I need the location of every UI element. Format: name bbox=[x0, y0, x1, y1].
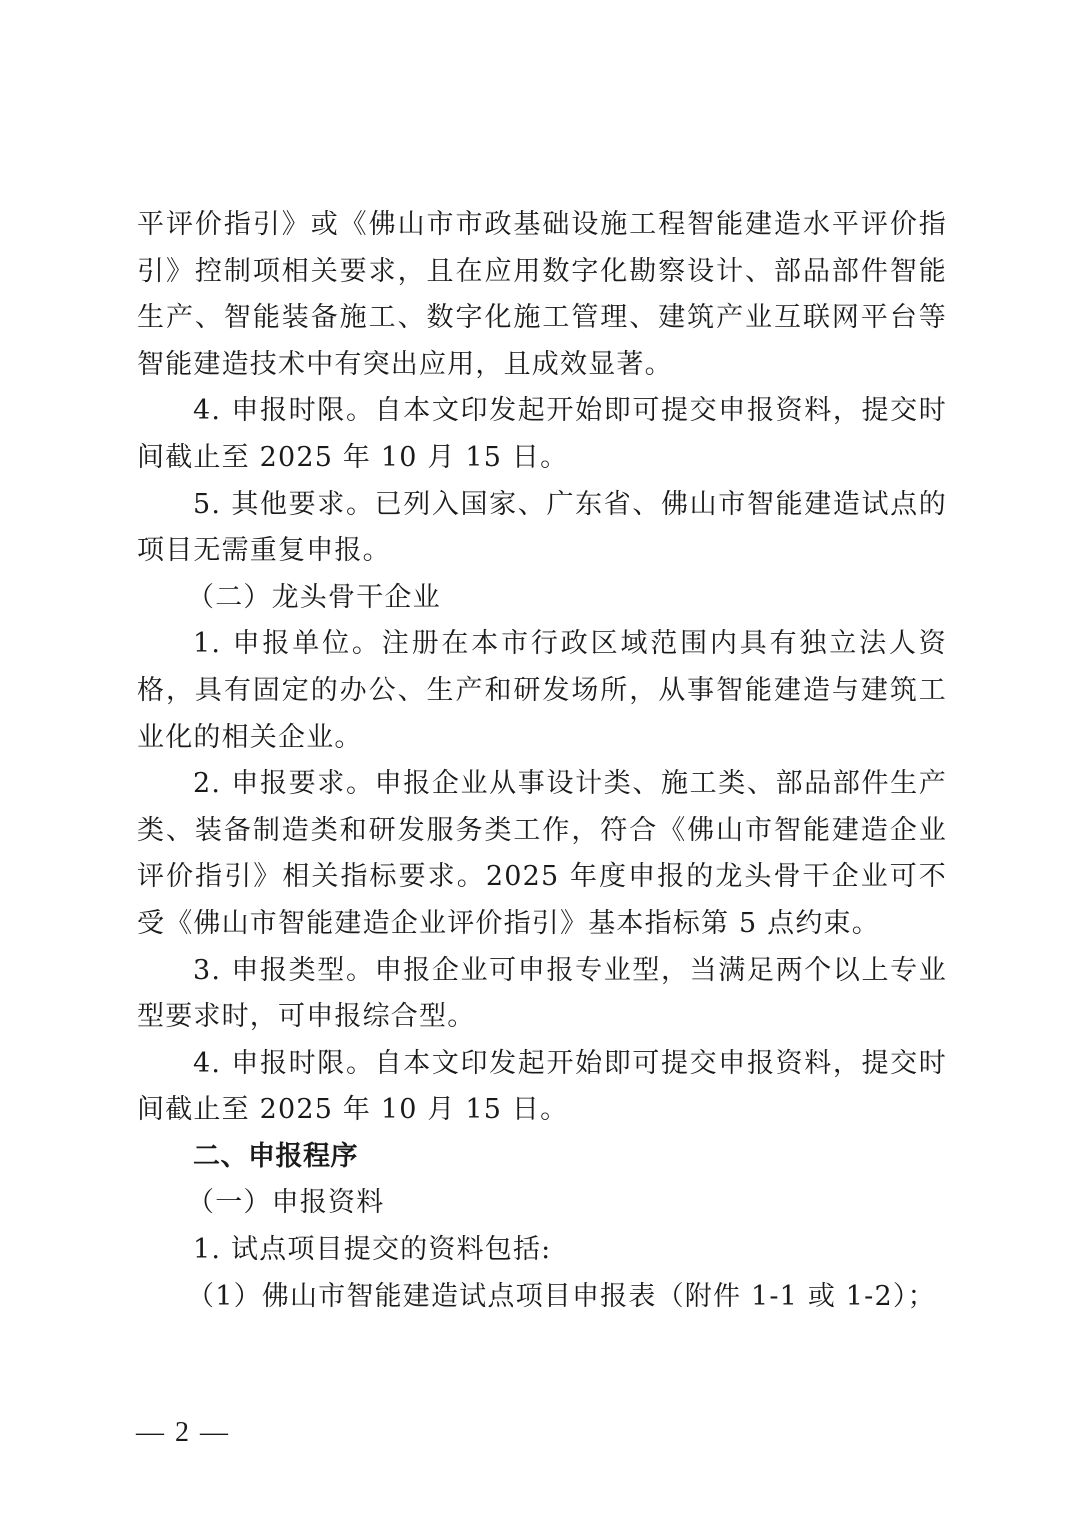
subheading-leading-enterprises: （二）龙头骨干企业 bbox=[137, 575, 947, 622]
subheading-materials: （一）申报资料 bbox=[137, 1180, 947, 1227]
paragraph-item-requirements: 2. 申报要求。申报企业从事设计类、施工类、部品部件生产类、装备制造类和研发服务… bbox=[137, 761, 947, 947]
paragraph-item-application-form: （1）佛山市智能建造试点项目申报表（附件 1-1 或 1-2）； bbox=[137, 1274, 947, 1321]
paragraph-item-other-requirements: 5. 其他要求。已列入国家、广东省、佛山市智能建造试点的项目无需重复申报。 bbox=[137, 482, 947, 575]
document-page: 平评价指引》或《佛山市市政基础设施工程智能建造水平评价指引》控制项相关要求，且在… bbox=[137, 202, 947, 1320]
paragraph-item-deadline: 4. 申报时限。自本文印发起开始即可提交申报资料，提交时间截止至 2025 年 … bbox=[137, 388, 947, 481]
paragraph-item-type: 3. 申报类型。申报企业可申报专业型，当满足两个以上专业型要求时，可申报综合型。 bbox=[137, 948, 947, 1041]
page-number: — 2 — bbox=[136, 1417, 230, 1449]
paragraph-item-applicant: 1. 申报单位。注册在本市行政区域范围内具有独立法人资格，具有固定的办公、生产和… bbox=[137, 621, 947, 761]
paragraph-item-pilot-materials: 1. 试点项目提交的资料包括: bbox=[137, 1227, 947, 1274]
heading-procedure: 二、申报程序 bbox=[137, 1134, 947, 1181]
paragraph-continuation: 平评价指引》或《佛山市市政基础设施工程智能建造水平评价指引》控制项相关要求，且在… bbox=[137, 202, 947, 388]
paragraph-item-deadline-2: 4. 申报时限。自本文印发起开始即可提交申报资料，提交时间截止至 2025 年 … bbox=[137, 1041, 947, 1134]
